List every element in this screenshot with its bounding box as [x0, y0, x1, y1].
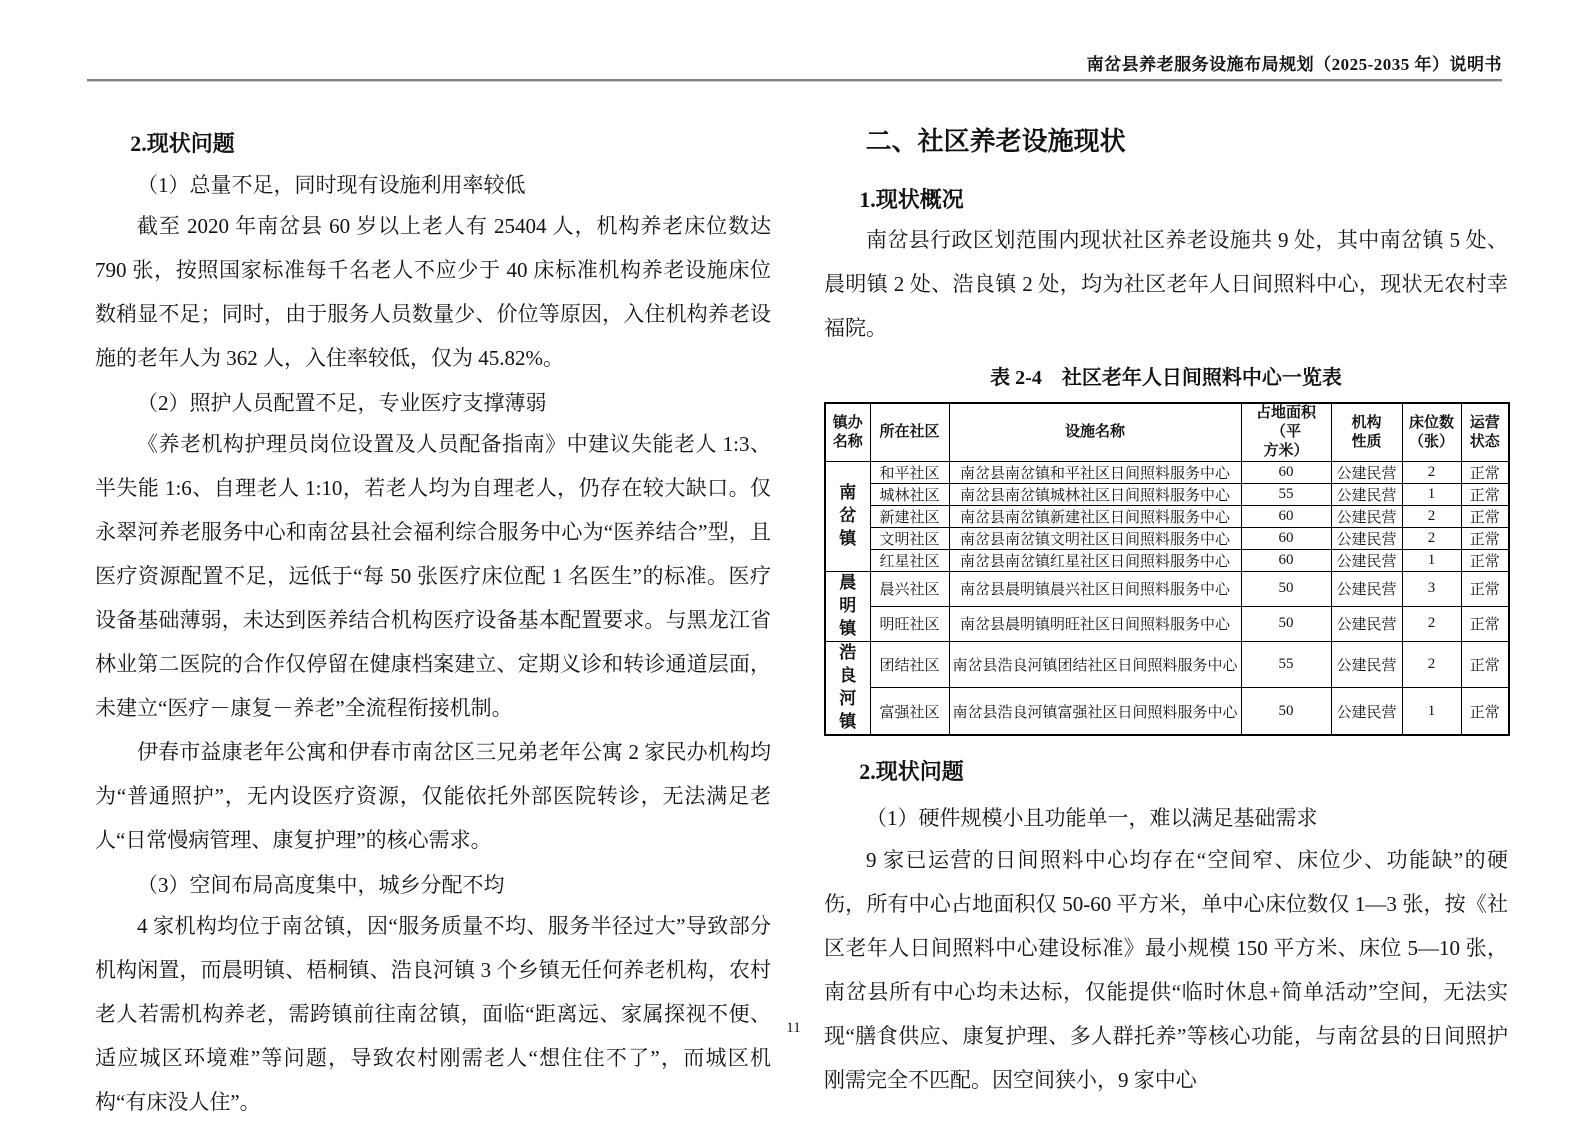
col-header-status: 运营 状态: [1461, 403, 1509, 462]
cell-nature: 公建民营: [1331, 688, 1402, 735]
cell-facility-name: 南岔县浩良河镇团结社区日间照料服务中心: [949, 641, 1241, 688]
table-row: 新建社区 南岔县南岔镇新建社区日间照料服务中心 60 公建民营 2 正常: [825, 506, 1509, 528]
col-header-beds: 床位数 （张）: [1402, 403, 1461, 462]
cell-community: 团结社区: [870, 641, 949, 688]
cell-status: 正常: [1461, 462, 1509, 484]
header-title: 南岔县养老服务设施布局规划（2025-2035 年）说明书: [1087, 50, 1502, 75]
left-paragraph-2: 《养老机构护理员岗位设置及人员配备指南》中建议失能老人 1:3、半失能 1:6、…: [95, 422, 771, 730]
cell-facility-name: 南岔县南岔镇城林社区日间照料服务中心: [949, 484, 1241, 506]
cell-status: 正常: [1461, 641, 1509, 688]
col-header-area: 占地面积（平 方米）: [1241, 403, 1331, 462]
overview-heading: 1.现状概况: [824, 182, 1508, 218]
table-row: 南岔镇 和平社区 南岔县南岔镇和平社区日间照料服务中心 60 公建民营 2 正常: [825, 462, 1509, 484]
cell-status: 正常: [1461, 572, 1509, 607]
cell-area: 60: [1241, 462, 1331, 484]
cell-beds: 2: [1402, 462, 1461, 484]
cell-community: 明旺社区: [870, 606, 949, 641]
problems-heading: 2.现状问题: [824, 754, 1508, 790]
cell-beds: 2: [1402, 606, 1461, 641]
table-row: 城林社区 南岔县南岔镇城林社区日间照料服务中心 55 公建民营 1 正常: [825, 484, 1509, 506]
cell-community: 富强社区: [870, 688, 949, 735]
cell-facility-name: 南岔县浩良河镇富强社区日间照料服务中心: [949, 688, 1241, 735]
cell-community: 城林社区: [870, 484, 949, 506]
cell-area: 55: [1241, 641, 1331, 688]
cell-status: 正常: [1461, 688, 1509, 735]
cell-nature: 公建民营: [1331, 462, 1402, 484]
cell-area: 60: [1241, 550, 1331, 572]
cell-facility-name: 南岔县南岔镇新建社区日间照料服务中心: [949, 506, 1241, 528]
cell-town-group-2: 晨明镇: [825, 572, 870, 642]
col-header-town: 镇办 名称: [825, 403, 870, 462]
cell-facility-name: 南岔县晨明镇晨兴社区日间照料服务中心: [949, 572, 1241, 607]
left-paragraph-4: 4 家机构均位于南岔镇，因“服务质量不均、服务半径过大”导致部分机构闲置，而晨明…: [95, 904, 771, 1122]
cell-nature: 公建民营: [1331, 572, 1402, 607]
cell-area: 50: [1241, 606, 1331, 641]
cell-facility-name: 南岔县晨明镇明旺社区日间照料服务中心: [949, 606, 1241, 641]
cell-facility-name: 南岔县南岔镇文明社区日间照料服务中心: [949, 528, 1241, 550]
left-paragraph-1: 截至 2020 年南岔县 60 岁以上老人有 25404 人，机构养老床位数达 …: [95, 204, 771, 380]
table-row: 红星社区 南岔县南岔镇红星社区日间照料服务中心 60 公建民营 1 正常: [825, 550, 1509, 572]
problem-paragraph: 9 家已运营的日间照料中心均存在“空间窄、床位少、功能缺”的硬伤，所有中心占地面…: [824, 838, 1508, 1102]
cell-facility-name: 南岔县南岔镇红星社区日间照料服务中心: [949, 550, 1241, 572]
cell-beds: 1: [1402, 484, 1461, 506]
cell-nature: 公建民营: [1331, 550, 1402, 572]
left-heading: 2.现状问题: [95, 126, 771, 162]
cell-beds: 2: [1402, 506, 1461, 528]
cell-status: 正常: [1461, 550, 1509, 572]
left-subheading-2: （2）照护人员配置不足，专业医疗支撑薄弱: [95, 384, 771, 422]
cell-nature: 公建民营: [1331, 506, 1402, 528]
cell-nature: 公建民营: [1331, 606, 1402, 641]
col-header-nature: 机构 性质: [1331, 403, 1402, 462]
cell-beds: 1: [1402, 550, 1461, 572]
table-title: 表 2-4 社区老年人日间照料中心一览表: [824, 364, 1508, 392]
cell-area: 55: [1241, 484, 1331, 506]
cell-status: 正常: [1461, 528, 1509, 550]
page-number: 11: [0, 1020, 1587, 1037]
cell-status: 正常: [1461, 484, 1509, 506]
cell-area: 50: [1241, 688, 1331, 735]
cell-nature: 公建民营: [1331, 641, 1402, 688]
left-column: 2.现状问题 （1）总量不足，同时现有设施利用率较低 截至 2020 年南岔县 …: [95, 118, 771, 1122]
table-row: 明旺社区 南岔县晨明镇明旺社区日间照料服务中心 50 公建民营 2 正常: [825, 606, 1509, 641]
col-header-community: 所在社区: [870, 403, 949, 462]
cell-community: 晨兴社区: [870, 572, 949, 607]
cell-status: 正常: [1461, 506, 1509, 528]
cell-community: 新建社区: [870, 506, 949, 528]
header-rule: [87, 79, 1502, 82]
town-group-label: 南岔镇: [838, 482, 858, 551]
table-row: 晨明镇 晨兴社区 南岔县晨明镇晨兴社区日间照料服务中心 50 公建民营 3 正常: [825, 572, 1509, 607]
cell-beds: 2: [1402, 641, 1461, 688]
table-header-row: 镇办 名称 所在社区 设施名称 占地面积（平 方米） 机构 性质 床位数 （张）…: [825, 403, 1509, 462]
left-paragraph-3: 伊春市益康老年公寓和伊春市南岔区三兄弟老年公寓 2 家民办机构均为“普通照护”，…: [95, 730, 771, 862]
cell-nature: 公建民营: [1331, 484, 1402, 506]
facilities-table: 镇办 名称 所在社区 设施名称 占地面积（平 方米） 机构 性质 床位数 （张）…: [824, 402, 1510, 736]
table-row: 浩良河镇 团结社区 南岔县浩良河镇团结社区日间照料服务中心 55 公建民营 2 …: [825, 641, 1509, 688]
table-row: 文明社区 南岔县南岔镇文明社区日间照料服务中心 60 公建民营 2 正常: [825, 528, 1509, 550]
cell-status: 正常: [1461, 606, 1509, 641]
problem-item: （1）硬件规模小且功能单一，难以满足基础需求: [824, 798, 1508, 838]
cell-community: 文明社区: [870, 528, 949, 550]
cell-facility-name: 南岔县南岔镇和平社区日间照料服务中心: [949, 462, 1241, 484]
overview-paragraph: 南岔县行政区划范围内现状社区养老设施共 9 处，其中南岔镇 5 处、晨明镇 2 …: [824, 218, 1508, 350]
town-group-label: 浩良河镇: [838, 642, 858, 734]
cell-beds: 3: [1402, 572, 1461, 607]
town-group-label: 晨明镇: [838, 572, 858, 641]
cell-area: 60: [1241, 528, 1331, 550]
right-column: 二、社区养老设施现状 1.现状概况 南岔县行政区划范围内现状社区养老设施共 9 …: [824, 118, 1508, 1102]
cell-town-group-1: 南岔镇: [825, 462, 870, 572]
cell-nature: 公建民营: [1331, 528, 1402, 550]
cell-community: 红星社区: [870, 550, 949, 572]
cell-beds: 1: [1402, 688, 1461, 735]
table-row: 富强社区 南岔县浩良河镇富强社区日间照料服务中心 50 公建民营 1 正常: [825, 688, 1509, 735]
cell-area: 50: [1241, 572, 1331, 607]
cell-community: 和平社区: [870, 462, 949, 484]
cell-town-group-3: 浩良河镇: [825, 641, 870, 734]
col-header-facility: 设施名称: [949, 403, 1241, 462]
cell-beds: 2: [1402, 528, 1461, 550]
cell-area: 60: [1241, 506, 1331, 528]
left-subheading-3: （3）空间布局高度集中，城乡分配不均: [95, 866, 771, 904]
left-subheading-1: （1）总量不足，同时现有设施利用率较低: [95, 166, 771, 204]
document-page: 南岔县养老服务设施布局规划（2025-2035 年）说明书 2.现状问题 （1）…: [0, 0, 1587, 1122]
section-heading: 二、社区养老设施现状: [824, 122, 1508, 162]
